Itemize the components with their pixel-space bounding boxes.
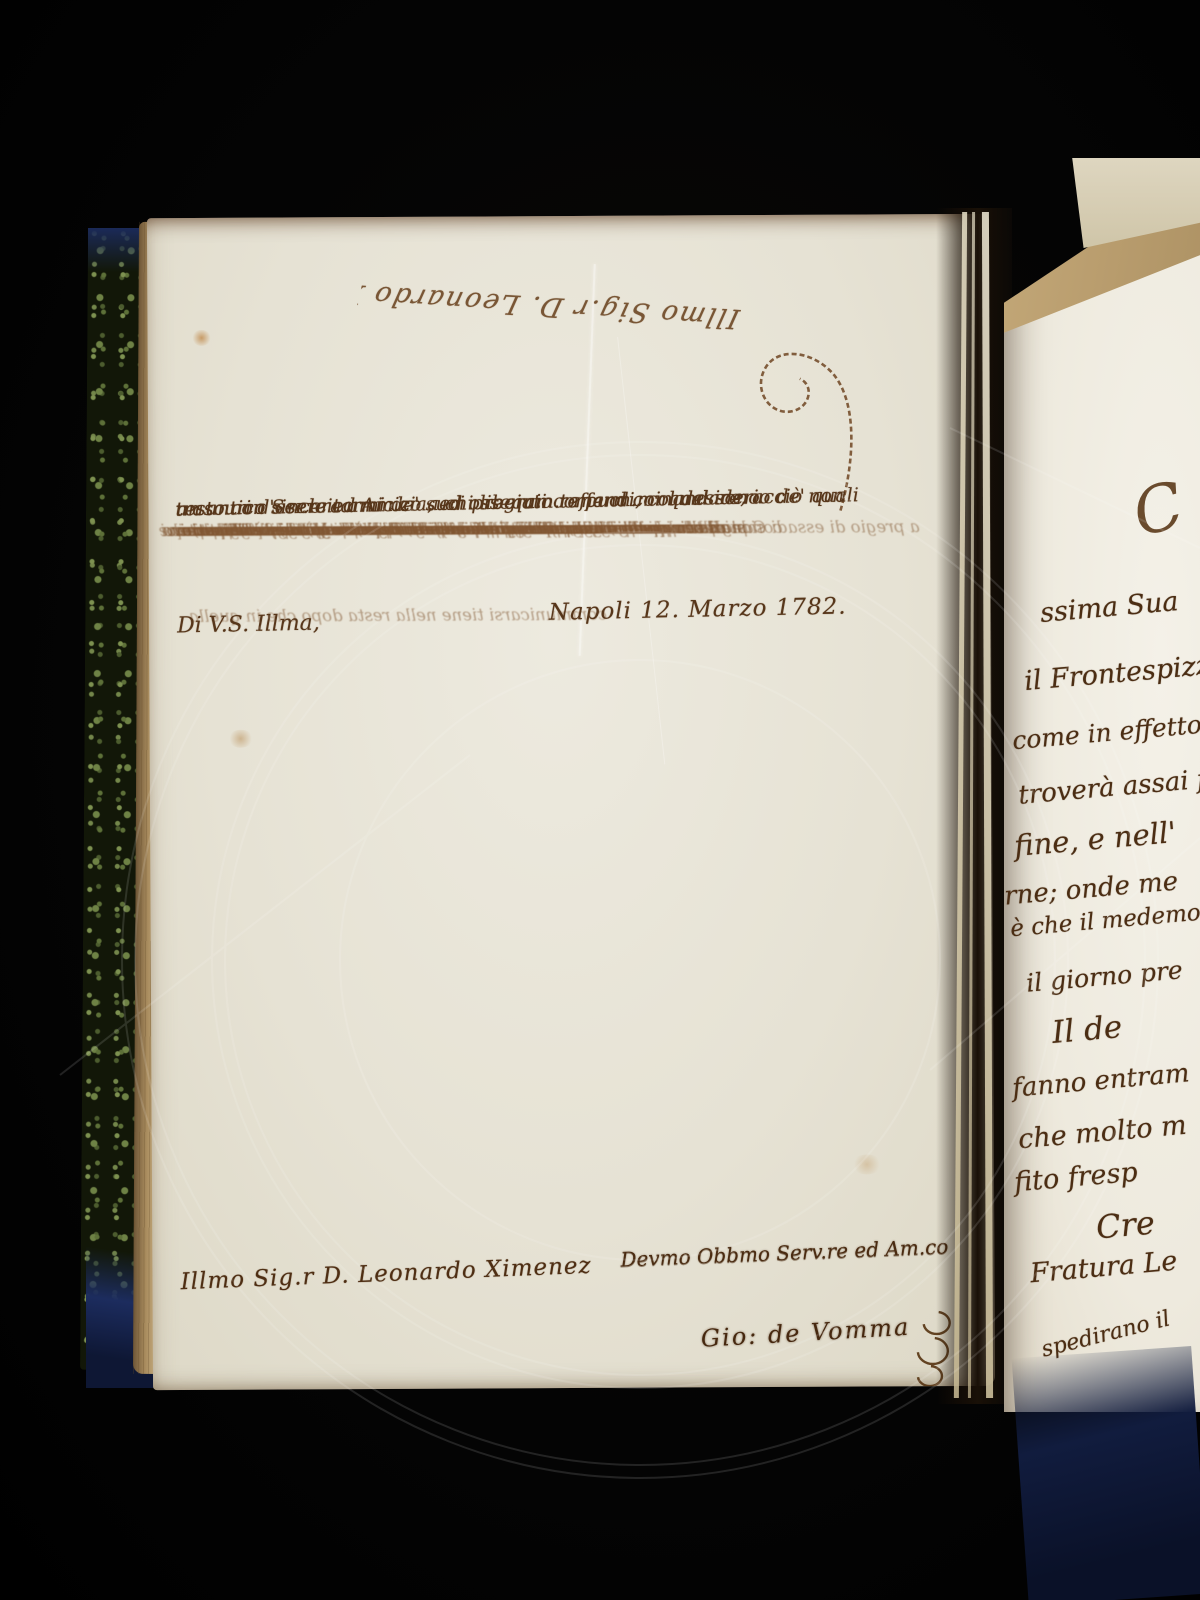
book-cover-navy-bottom-right	[1012, 1346, 1200, 1600]
place-date-line: Napoli 12. Marzo 1782.	[549, 594, 847, 626]
right-page-text: ssima Suail Frontespizzo,come in effetto…	[1004, 160, 1200, 1412]
left-page: Illmo Sig.r D. Leonardo Ximenez a pregio…	[147, 214, 995, 1390]
book-cover-navy-top	[88, 228, 146, 272]
docket-inscription: Illmo Sig.r D. Leonardo Ximenez	[356, 230, 754, 333]
right-page: ssima Suail Frontespizzo,come in effetto…	[1004, 160, 1200, 1412]
closing-salutation: Di V.S. Illma,	[177, 611, 320, 639]
right-page-line-fragment: fanno entram	[1011, 1058, 1191, 1103]
right-page-line-fragment: fine, e nell'	[1013, 815, 1178, 863]
letter-line: resto con sincera amicizia, ed ossequio …	[175, 479, 760, 528]
right-page-line-fragment: troverà assai fa	[1017, 763, 1200, 811]
right-page-line-fragment: il Frontespizzo,	[1023, 648, 1200, 697]
right-page-line-fragment: che molto m	[1017, 1110, 1188, 1156]
right-page-line-fragment: fito fresp	[1013, 1157, 1139, 1199]
right-page-line-fragment: come in effetto	[1011, 710, 1200, 755]
right-page-line-fragment: Il de	[1051, 1009, 1124, 1051]
right-page-line-fragment: Fratura Le	[1029, 1246, 1179, 1290]
right-page-line-fragment: il giorno pre	[1025, 955, 1184, 998]
manuscript-photo: Illmo Sig.r D. Leonardo Ximenez a pregio…	[0, 0, 1200, 1600]
foxing-stain	[192, 330, 212, 346]
right-page-line-fragment: Cre	[1094, 1204, 1156, 1247]
right-page-line-fragment: ssima Sua	[1039, 586, 1180, 629]
